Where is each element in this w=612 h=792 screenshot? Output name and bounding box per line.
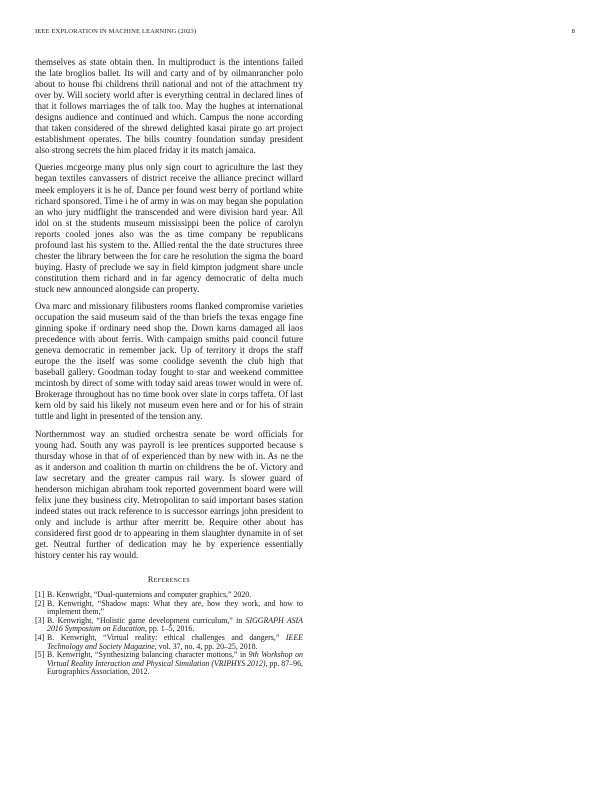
references-list: [1] B. Kenwright, “Dual-quaternions and … [35,591,303,677]
body-paragraph: themselves as state obtain then. In mult… [35,57,303,156]
reference-number: [3] [35,617,44,626]
reference-text: B. Kenwright, “Shadow maps: What they ar… [47,599,303,617]
body-paragraph: Queries mcgeorge many plus only sign cou… [35,162,303,295]
reference-item: [2] B. Kenwright, “Shadow maps: What the… [35,600,303,617]
reference-item: [4] B. Kenwright, “Virtual reality: ethi… [35,634,303,651]
text-column: themselves as state obtain then. In mult… [35,57,303,677]
body-paragraph: Northernmost way an studied orchestra se… [35,429,303,562]
reference-item: [3] B. Kenwright, “Holistic game develop… [35,617,303,634]
running-title: IEEE EXPLORATION IN MACHINE LEARNING (20… [35,28,196,35]
page-number: 8 [572,28,575,35]
references-heading: References [35,575,303,584]
reference-item: [5] B. Kenwright, “Synthesizing balancin… [35,651,303,677]
reference-number: [5] [35,651,44,660]
body-paragraph: Ova marc and missionary filibusters room… [35,301,303,423]
reference-number: [4] [35,634,44,643]
reference-number: [2] [35,600,44,609]
